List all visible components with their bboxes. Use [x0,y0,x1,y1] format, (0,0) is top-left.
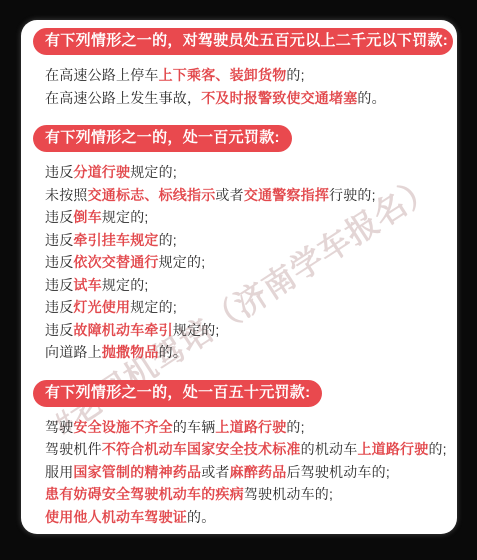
highlighted-phrase: 国家管制的精神药品 [73,464,201,480]
plain-phrase: 违反 [45,164,73,180]
plain-phrase: 在高速公路上停车 [45,67,159,83]
rule-item: 违反倒车规定的; [45,206,453,229]
rule-item-list: 驾驶安全设施不齐全的车辆上道路行驶的;驾驶机件不符合机动车国家安全技术标准的机动… [33,407,453,529]
highlighted-phrase: 抛撒物品 [102,344,159,360]
plain-phrase: 的。 [159,344,187,360]
plain-phrase: 后驾驶机动车的; [286,464,390,480]
plain-phrase: 的; [286,67,304,83]
plain-phrase: 的。 [187,509,215,525]
highlighted-phrase: 上道路行驶 [357,441,428,457]
highlighted-phrase: 患有妨碍安全驾驶机动车的疾病 [45,486,244,502]
rule-item: 患有妨碍安全驾驶机动车的疾病驾驶机动车的; [45,483,453,506]
section-header-pill: 有下列情形之一的，处一百五十元罚款: [33,380,322,407]
plain-phrase: 违反 [45,209,73,225]
highlighted-phrase: 交通标志、标线指示 [88,187,216,203]
plain-phrase: 规定的; [130,164,177,180]
plain-phrase: 的。 [357,90,385,106]
plain-phrase: 或者 [215,187,243,203]
section-header-pill: 有下列情形之一的，对驾驶员处五百元以上二千元以下罚款: [33,28,453,55]
plain-phrase: 违反 [45,232,73,248]
plain-phrase: 的; [159,232,177,248]
highlighted-phrase: 依次交替通行 [73,254,158,270]
rule-item: 违反依次交替通行规定的; [45,251,453,274]
rule-item: 未按照交通标志、标线指示或者交通警察指挥行驶的; [45,184,453,207]
plain-phrase: 驾驶 [45,419,73,435]
plain-phrase: 违反 [45,322,73,338]
rule-item: 违反灯光使用规定的; [45,296,453,319]
rule-item: 向道路上抛撒物品的。 [45,341,453,364]
highlighted-phrase: 上下乘客、装卸货物 [159,67,287,83]
highlighted-phrase: 使用他人机动车驾驶证 [45,509,187,525]
rule-item: 驾驶机件不符合机动车国家安全技术标准的机动车上道路行驶的; [45,438,453,461]
plain-phrase: 未按照 [45,187,88,203]
plain-phrase: 规定的; [130,299,177,315]
fine-section: 有下列情形之一的，处一百元罚款:违反分道行驶规定的;未按照交通标志、标线指示或者… [33,125,453,364]
plain-phrase: 规定的; [102,277,149,293]
highlighted-phrase: 分道行驶 [73,164,130,180]
plain-phrase: 或者 [201,464,229,480]
plain-phrase: 规定的; [102,209,149,225]
fine-sections-container: 有下列情形之一的，对驾驶员处五百元以上二千元以下罚款:在高速公路上停车上下乘客、… [33,28,453,528]
highlighted-phrase: 灯光使用 [73,299,130,315]
highlighted-phrase: 倒车 [73,209,101,225]
plain-phrase: 在高速公路上发生事故， [45,90,201,106]
highlighted-phrase: 安全设施不齐全 [73,419,172,435]
highlighted-phrase: 交通警察指挥 [244,187,329,203]
plain-phrase: 违反 [45,299,73,315]
plain-phrase: 违反 [45,254,73,270]
plain-phrase: 的; [286,419,304,435]
traffic-fines-card: #老司机驾培（济南学车报名） 有下列情形之一的，对驾驶员处五百元以上二千元以下罚… [21,20,457,534]
rule-item: 服用国家管制的精神药品或者麻醉药品后驾驶机动车的; [45,461,453,484]
plain-phrase: 向道路上 [45,344,102,360]
highlighted-phrase: 麻醉药品 [230,464,287,480]
rule-item: 在高速公路上发生事故，不及时报警致使交通堵塞的。 [45,87,453,110]
highlighted-phrase: 不及时报警致使交通堵塞 [201,90,357,106]
fine-section: 有下列情形之一的，对驾驶员处五百元以上二千元以下罚款:在高速公路上停车上下乘客、… [33,28,453,109]
rule-item-list: 在高速公路上停车上下乘客、装卸货物的;在高速公路上发生事故，不及时报警致使交通堵… [33,55,453,109]
rule-item: 违反试车规定的; [45,274,453,297]
rule-item: 违反故障机动车牵引规定的; [45,319,453,342]
highlighted-phrase: 上道路行驶 [215,419,286,435]
plain-phrase: 的车辆 [173,419,216,435]
plain-phrase: 行驶的; [329,187,376,203]
rule-item: 在高速公路上停车上下乘客、装卸货物的; [45,64,453,87]
highlighted-phrase: 试车 [73,277,101,293]
plain-phrase: 驾驶机动车的; [244,486,333,502]
plain-phrase: 违反 [45,277,73,293]
highlighted-phrase: 牵引挂车规定 [73,232,158,248]
rule-item: 违反分道行驶规定的; [45,161,453,184]
highlighted-phrase: 不符合机动车国家安全技术标准 [102,441,301,457]
section-header-pill: 有下列情形之一的，处一百元罚款: [33,125,292,152]
highlighted-phrase: 故障机动车牵引 [73,322,172,338]
plain-phrase: 规定的; [159,254,206,270]
plain-phrase: 驾驶机件 [45,441,102,457]
plain-phrase: 服用 [45,464,73,480]
rule-item: 使用他人机动车驾驶证的。 [45,506,453,529]
fine-section: 有下列情形之一的，处一百五十元罚款:驾驶安全设施不齐全的车辆上道路行驶的;驾驶机… [33,380,453,529]
plain-phrase: 的; [428,441,446,457]
plain-phrase: 规定的; [173,322,220,338]
rule-item: 违反牵引挂车规定的; [45,229,453,252]
rule-item: 驾驶安全设施不齐全的车辆上道路行驶的; [45,416,453,439]
rule-item-list: 违反分道行驶规定的;未按照交通标志、标线指示或者交通警察指挥行驶的;违反倒车规定… [33,152,453,364]
plain-phrase: 的机动车 [301,441,358,457]
